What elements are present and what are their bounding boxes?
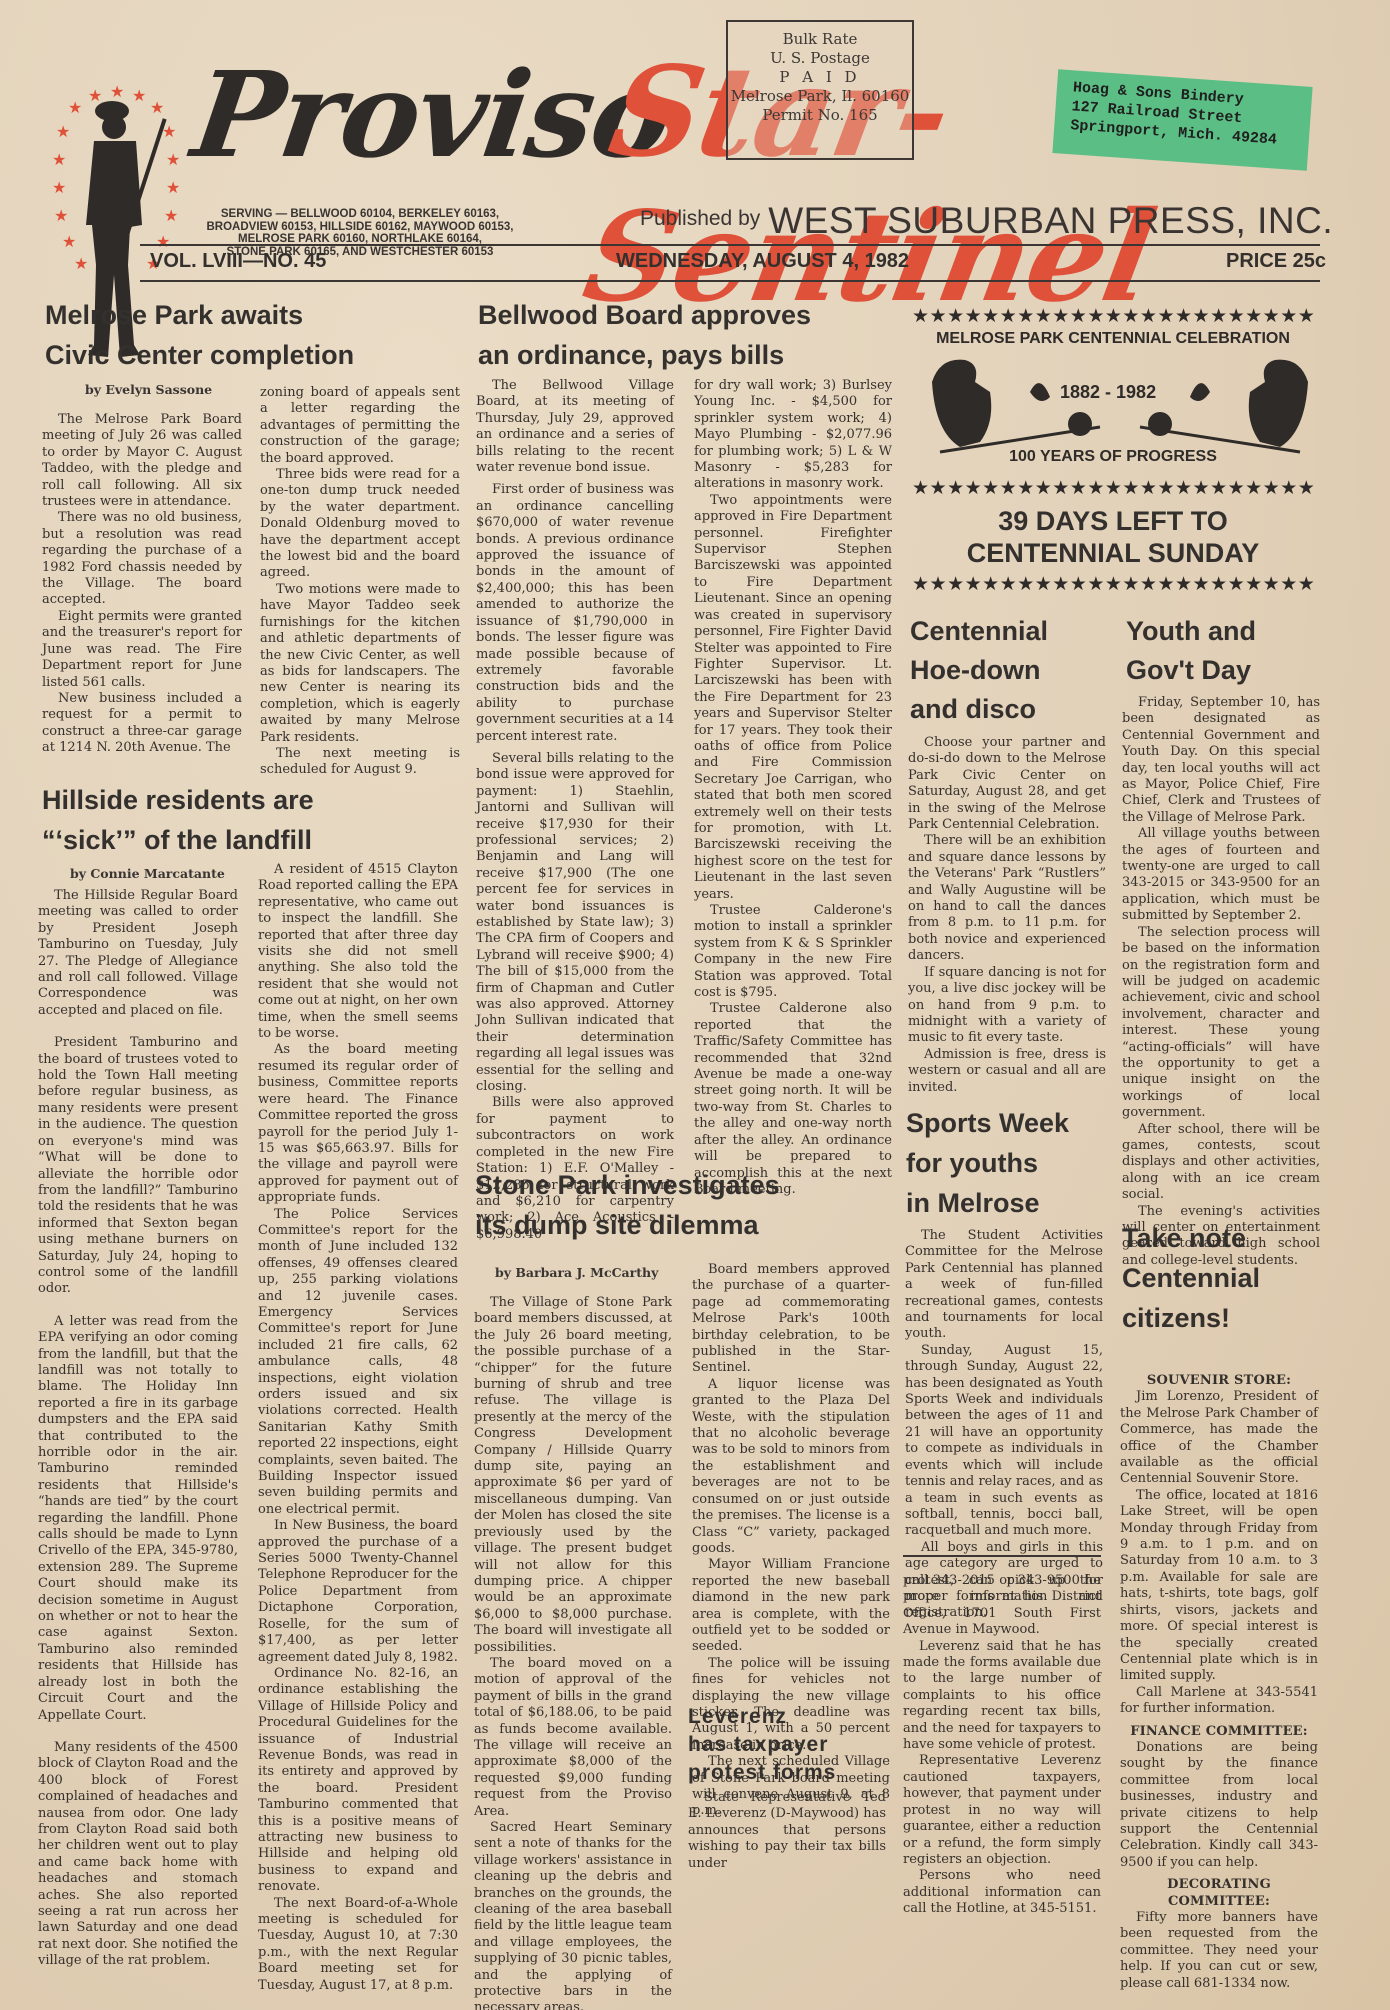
publisher-line: Published byWEST SUBURBAN PRESS, INC. — [640, 200, 1333, 242]
headline-line: in Melrose — [906, 1183, 1106, 1223]
subhead-finance-committee: FINANCE COMMITTEE: — [1120, 1724, 1318, 1740]
headline-line: Hillside residents are — [42, 780, 462, 820]
paragraph: State Representative Ted E. Leverenz (D-… — [688, 1790, 886, 1872]
headline-bellwood-ordinance: Bellwood Board approves an ordinance, pa… — [478, 295, 898, 375]
paragraph: Admission is free, dress is western or c… — [908, 1047, 1106, 1096]
centennial-years: 1882 - 1982 — [1060, 382, 1156, 403]
subhead-decorating-committee: DECORATING COMMITTEE: — [1120, 1877, 1318, 1910]
issue-date: WEDNESDAY, AUGUST 4, 1982 — [616, 250, 909, 273]
paragraph: The Student Activities Committee for the… — [905, 1228, 1103, 1343]
paragraph: A resident of 4515 Clayton Road reported… — [258, 862, 458, 1042]
paragraph: Many residents of the 4500 block of Clay… — [38, 1740, 238, 1970]
article-takenote-body: SOUVENIR STORE: Jim Lorenzo, President o… — [1120, 1373, 1318, 1992]
article-sports-body: The Student Activities Committee for the… — [905, 1228, 1103, 1622]
headline-youth-govt-day: Youth and Gov't Day — [1126, 612, 1326, 690]
paragraph: Sunday, August 15, through Sunday, Augus… — [905, 1343, 1103, 1540]
paragraph: Sacred Heart Seminary sent a note of tha… — [474, 1820, 672, 2010]
svg-text:★: ★ — [150, 98, 164, 117]
headline-line: has taxpayer — [688, 1731, 898, 1759]
volume-number: VOL. LVIII—NO. 45 — [150, 250, 326, 273]
paragraph: In New Business, the board approved the … — [258, 1518, 458, 1666]
paragraph: Fifty more banners have been requested f… — [1120, 1910, 1318, 1992]
paragraph: Call Marlene at 343-5541 for further inf… — [1120, 1685, 1318, 1718]
headline-line: Sports Week — [906, 1103, 1106, 1143]
headline-sports-week: Sports Week for youths in Melrose — [906, 1103, 1106, 1223]
paragraph: The Police Services Committee's report f… — [258, 1207, 458, 1519]
paragraph: If square dancing is not for you, a live… — [908, 965, 1106, 1047]
byline: by Connie Marcatante — [70, 866, 225, 881]
centennial-celebration-title: MELROSE PARK CENTENNIAL CELEBRATION — [912, 330, 1314, 348]
svg-text:★: ★ — [156, 232, 170, 251]
article-stonepark-col1: The Village of Stone Park board members … — [474, 1295, 672, 2010]
paragraph: The Bellwood Village Board, at its meeti… — [476, 378, 674, 476]
svg-text:★: ★ — [74, 254, 88, 273]
headline-line: its dump site dilemma — [475, 1205, 895, 1245]
published-by-label: Published by — [640, 207, 760, 230]
star-border-top: ★★★★★★★★★★★★★★★★★★★★★★★ — [912, 305, 1314, 327]
svg-text:★: ★ — [132, 86, 146, 105]
paragraph: New business included a request for a pe… — [42, 691, 242, 757]
paragraph: Choose your partner and do-si-do down to… — [908, 735, 1106, 833]
bulk-rate-postage-stamp: Bulk Rate U. S. Postage P A I D Melrose … — [726, 20, 914, 160]
paragraph: The office, located at 1816 Lake Street,… — [1120, 1488, 1318, 1685]
headline-line: Take note — [1122, 1218, 1322, 1258]
countdown-line: CENTENNIAL SUNDAY — [912, 537, 1314, 569]
headline-line: citizens! — [1122, 1298, 1322, 1338]
postage-line: Permit No. 165 — [728, 106, 912, 125]
paragraph: Several bills relating to the bond issue… — [476, 751, 674, 1096]
paragraph: The next meeting is scheduled for August… — [260, 746, 460, 779]
svg-text:★: ★ — [166, 150, 180, 169]
paragraph: The selection process will be based on t… — [1122, 925, 1320, 1122]
postage-line: Melrose Park, Il. 60160 — [728, 87, 912, 106]
article-leverenz-col1: State Representative Ted E. Leverenz (D-… — [688, 1790, 886, 1872]
article-leverenz-col2: protest, can pick up the proper forms at… — [903, 1573, 1101, 1918]
headline-line: Centennial — [1122, 1258, 1322, 1298]
paragraph: Board members approved the purchase of a… — [692, 1262, 890, 1377]
centennial-tagline: 100 YEARS OF PROGRESS — [912, 448, 1314, 466]
postage-line: U. S. Postage — [728, 49, 912, 68]
headline-line: Civic Center completion — [45, 335, 465, 375]
article-melrose-col1: The Melrose Park Board meeting of July 2… — [42, 412, 242, 757]
headline-line: and disco — [910, 690, 1110, 729]
paragraph: After school, there will be games, conte… — [1122, 1122, 1320, 1204]
headline-melrose-civic-center: Melrose Park awaits Civic Center complet… — [45, 295, 465, 375]
article-melrose-col2: zoning board of appeals sent a letter re… — [260, 385, 460, 779]
headline-line: Melrose Park awaits — [45, 295, 465, 335]
price: PRICE 25c — [1226, 250, 1326, 273]
svg-text:★: ★ — [54, 206, 68, 225]
byline: by Evelyn Sassone — [85, 382, 212, 397]
paragraph: Three bids were read for a one-ton dump … — [260, 467, 460, 582]
svg-text:★: ★ — [110, 82, 124, 101]
paragraph: Representative Leverenz cautioned taxpay… — [903, 1753, 1101, 1868]
svg-text:★: ★ — [52, 150, 66, 169]
paragraph: As the board meeting resumed its regular… — [258, 1042, 458, 1206]
paragraph: All boys and girls in this age category … — [905, 1540, 1103, 1622]
paragraph: The next Board-of-a-Whole meeting is sch… — [258, 1896, 458, 1994]
headline-line: Youth and — [1126, 612, 1326, 651]
paragraph: President Tamburino and the board of tru… — [38, 1035, 238, 1298]
article-youth-body: Friday, September 10, has been designate… — [1122, 695, 1320, 1269]
publisher-name: WEST SUBURBAN PRESS, INC. — [768, 200, 1333, 241]
paragraph: A letter was read from the EPA verifying… — [38, 1314, 238, 1724]
paragraph: zoning board of appeals sent a letter re… — [260, 385, 460, 467]
paragraph: Jim Lorenzo, President of the Melrose Pa… — [1120, 1389, 1318, 1487]
article-hoedown-body: Choose your partner and do-si-do down to… — [908, 735, 1106, 1096]
article-bellwood-col1: The Bellwood Village Board, at its meeti… — [476, 378, 674, 1243]
folio-rule-bottom — [140, 280, 1320, 282]
headline-line: for youths — [906, 1143, 1106, 1183]
headline-stone-park-dump-site: Stone Park investigates its dump site di… — [475, 1165, 895, 1245]
paragraph: First order of business was an ordinance… — [476, 482, 674, 745]
headline-line: Hoe-down — [910, 651, 1110, 690]
paragraph: Ordinance No. 82-16, an ordinance establ… — [258, 1666, 458, 1896]
paragraph: There will be an exhibition and square d… — [908, 833, 1106, 964]
paragraph: A liquor license was granted to the Plaz… — [692, 1377, 890, 1557]
paragraph: Mayor William Francione reported the new… — [692, 1557, 890, 1655]
subhead-souvenir-store: SOUVENIR STORE: — [1120, 1373, 1318, 1389]
headline-line: Centennial — [910, 612, 1110, 651]
headline-line: protest forms — [688, 1759, 898, 1787]
svg-text:★: ★ — [88, 86, 102, 105]
paragraph: The Hillside Regular Board meeting was c… — [38, 888, 238, 1019]
paragraph: There was no old business, but a resolut… — [42, 510, 242, 608]
article-hillside-col2: A resident of 4515 Clayton Road reported… — [258, 862, 458, 1994]
paragraph: The board moved on a motion of approval … — [474, 1656, 672, 1820]
paragraph: Friday, September 10, has been designate… — [1122, 695, 1320, 826]
mailing-address-label: Hoag & Sons Bindery 127 Railroad Street … — [1052, 69, 1312, 171]
paragraph: Persons who need additional information … — [903, 1868, 1101, 1917]
folio-rule-top — [140, 244, 1320, 246]
centennial-countdown: 39 DAYS LEFT TO CENTENNIAL SUNDAY — [912, 505, 1314, 569]
headline-leverenz-protest-forms: Leverenz has taxpayer protest forms — [688, 1703, 898, 1787]
headline-line: Leverenz — [688, 1703, 898, 1731]
paragraph: The Village of Stone Park board members … — [474, 1295, 672, 1656]
headline-line: “‘sick’” of the landfill — [42, 820, 462, 860]
star-border-middle: ★★★★★★★★★★★★★★★★★★★★★★★ — [912, 477, 1314, 499]
serving-line: SERVING — BELLWOOD 60104, BERKELEY 60163… — [180, 208, 540, 221]
paragraph: Donations are being sought by the financ… — [1120, 1740, 1318, 1871]
paragraph: Two motions were made to have Mayor Tadd… — [260, 582, 460, 746]
svg-text:★: ★ — [166, 178, 180, 197]
headline-line: an ordinance, pays bills — [478, 335, 898, 375]
paragraph: Two appointments were approved in Fire D… — [694, 493, 892, 903]
svg-text:★: ★ — [52, 178, 66, 197]
paragraph: All village youths between the ages of f… — [1122, 826, 1320, 924]
headline-hillside-landfill: Hillside residents are “‘sick’” of the l… — [42, 780, 462, 860]
paragraph: Leverenz said that he has made the forms… — [903, 1639, 1101, 1754]
paragraph: Trustee Calderone's motion to install a … — [694, 903, 892, 1001]
headline-line: Bellwood Board approves — [478, 295, 898, 335]
postage-line: P A I D — [728, 68, 912, 87]
paragraph: Eight permits were granted and the treas… — [42, 609, 242, 691]
article-hillside-col1: The Hillside Regular Board meeting was c… — [38, 888, 238, 1970]
byline: by Barbara J. McCarthy — [495, 1265, 658, 1280]
postage-line: Bulk Rate — [728, 30, 912, 49]
headline-take-note-citizens: Take note Centennial citizens! — [1122, 1218, 1322, 1338]
headline-line: Stone Park investigates — [475, 1165, 895, 1205]
star-border-bottom: ★★★★★★★★★★★★★★★★★★★★★★★ — [912, 573, 1314, 595]
eagles-roses-emblem-icon — [920, 352, 1320, 462]
paragraph: The Melrose Park Board meeting of July 2… — [42, 412, 242, 510]
svg-text:★: ★ — [56, 122, 70, 141]
article-bellwood-col2: for dry wall work; 3) Burlsey Young Inc.… — [694, 378, 892, 1198]
countdown-line: 39 DAYS LEFT TO — [912, 505, 1314, 537]
paragraph: for dry wall work; 3) Burlsey Young Inc.… — [694, 378, 892, 493]
svg-text:★: ★ — [62, 232, 76, 251]
svg-text:★: ★ — [164, 206, 178, 225]
svg-text:★: ★ — [68, 98, 82, 117]
masthead: ★★★★★ ★★★★ ★★★★ ★★★★ Proviso Star-Sentin… — [0, 0, 1390, 290]
headline-line: Gov't Day — [1126, 651, 1326, 690]
serving-line: BROADVIEW 60153, HILLSIDE 60162, MAYWOOD… — [180, 221, 540, 234]
headline-hoedown-disco: Centennial Hoe-down and disco — [910, 612, 1110, 729]
